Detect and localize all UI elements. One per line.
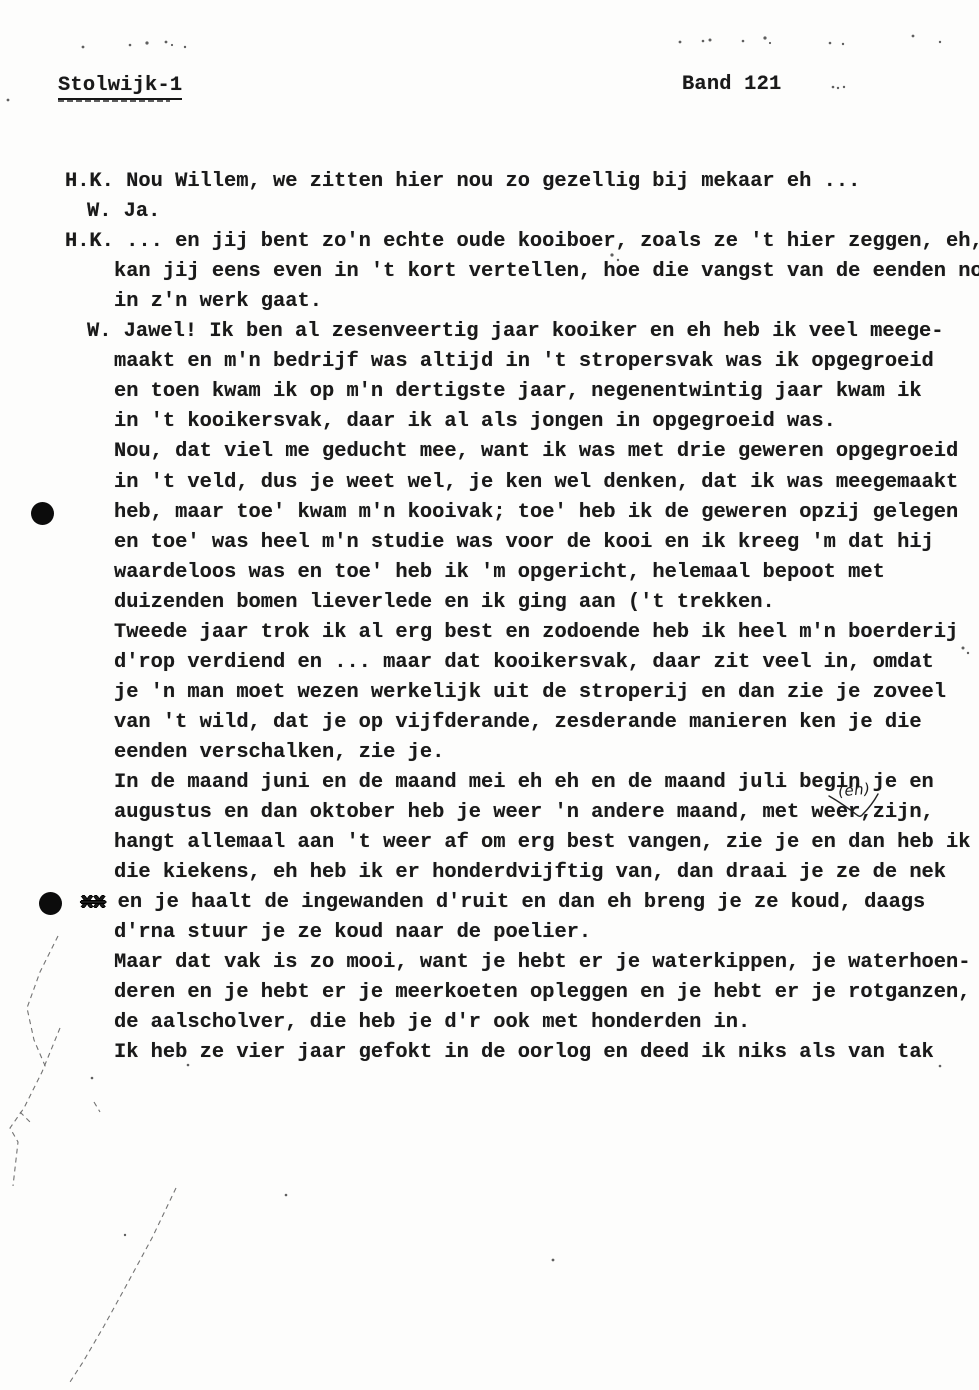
transcript-line: maakt en m'n bedrijf was altijd in 't st…: [0, 317, 979, 347]
transcript-line: H.K. Nou Willem, we zitten hier nou zo g…: [0, 137, 979, 167]
transcript-line: H.K. ... en jij bent zo'n echte oude koo…: [0, 197, 979, 227]
transcript-line: in z'n werk gaat.: [0, 257, 979, 287]
transcript-line: in 't veld, dus je weet wel, je ken wel …: [0, 437, 979, 467]
transcript-body: H.K. Nou Willem, we zitten hier nou zo g…: [0, 137, 979, 1038]
transcript-line: d'rop verdiend en ... maar dat kooikersv…: [0, 618, 979, 648]
transcript-line: waardeloos was en toe' heb ik 'm opgeric…: [0, 528, 979, 558]
transcript-line: W. Ja.: [0, 167, 979, 197]
transcript-line: deren en je hebt er je meerkoeten oplegg…: [0, 948, 979, 978]
transcript-line: je 'n man moet wezen werkelijk uit de st…: [0, 648, 979, 678]
transcript-line: die kiekens, eh heb ik er honderdvijftig…: [0, 828, 979, 858]
transcript-line: Nou, dat viel me geducht mee, want ik wa…: [0, 407, 979, 437]
transcript-line: Tweede jaar trok ik al erg best en zodoe…: [0, 588, 979, 618]
transcript-line-text: Ik heb ze vier jaar gefokt in de oorlog …: [114, 1041, 934, 1064]
margin-dot-marker: [39, 892, 62, 915]
transcript-line: heb, maar toe' kwam m'n kooivak; toe' he…: [0, 468, 979, 498]
transcript-line: in 't kooikersvak, daar ik al als jongen…: [0, 377, 979, 407]
transcript-line: d'rna stuur je ze koud naar de poelier.: [0, 888, 979, 918]
typewritten-transcript-page: Stolwijk-1 Band 121 H.K. Nou Willem, we …: [0, 0, 979, 1390]
transcript-line: kan jij eens even in 't kort vertellen, …: [0, 227, 979, 257]
transcript-line: van 't wild, dat je op vijfderande, zesd…: [0, 678, 979, 708]
transcript-line: augustus en dan oktober heb je weer 'n a…: [0, 768, 979, 798]
transcript-line: W. Jawel! Ik ben al zesenveertig jaar ko…: [0, 287, 979, 317]
transcript-line: eenden verschalken, zie je.: [0, 708, 979, 738]
transcript-line: Maar dat vak is zo mooi, want je hebt er…: [0, 918, 979, 948]
transcript-line: In de maand juni en de maand mei eh eh e…: [0, 738, 979, 768]
transcript-line: xx en je haalt de ingewanden d'ruit en d…: [0, 858, 979, 888]
transcript-line: duizenden bomen lieverlede en ik ging aa…: [0, 558, 979, 588]
margin-dot-marker: [31, 502, 54, 525]
transcript-line: hangt allemaal aan 't weer af om erg bes…: [0, 798, 979, 828]
handwritten-insertion: (eh): [837, 780, 871, 801]
transcript-line: Ik heb ze vier jaar gefokt in de oorlog …: [0, 1008, 979, 1038]
transcript-line: en toen kwam ik op m'n dertigste jaar, n…: [0, 347, 979, 377]
transcript-line: en toe' was heel m'n studie was voor de …: [0, 498, 979, 528]
page-title: Stolwijk-1: [58, 74, 182, 100]
transcript-line: de aalscholver, die heb je d'r ook met h…: [0, 978, 979, 1008]
band-number-label: Band 121: [682, 73, 782, 96]
